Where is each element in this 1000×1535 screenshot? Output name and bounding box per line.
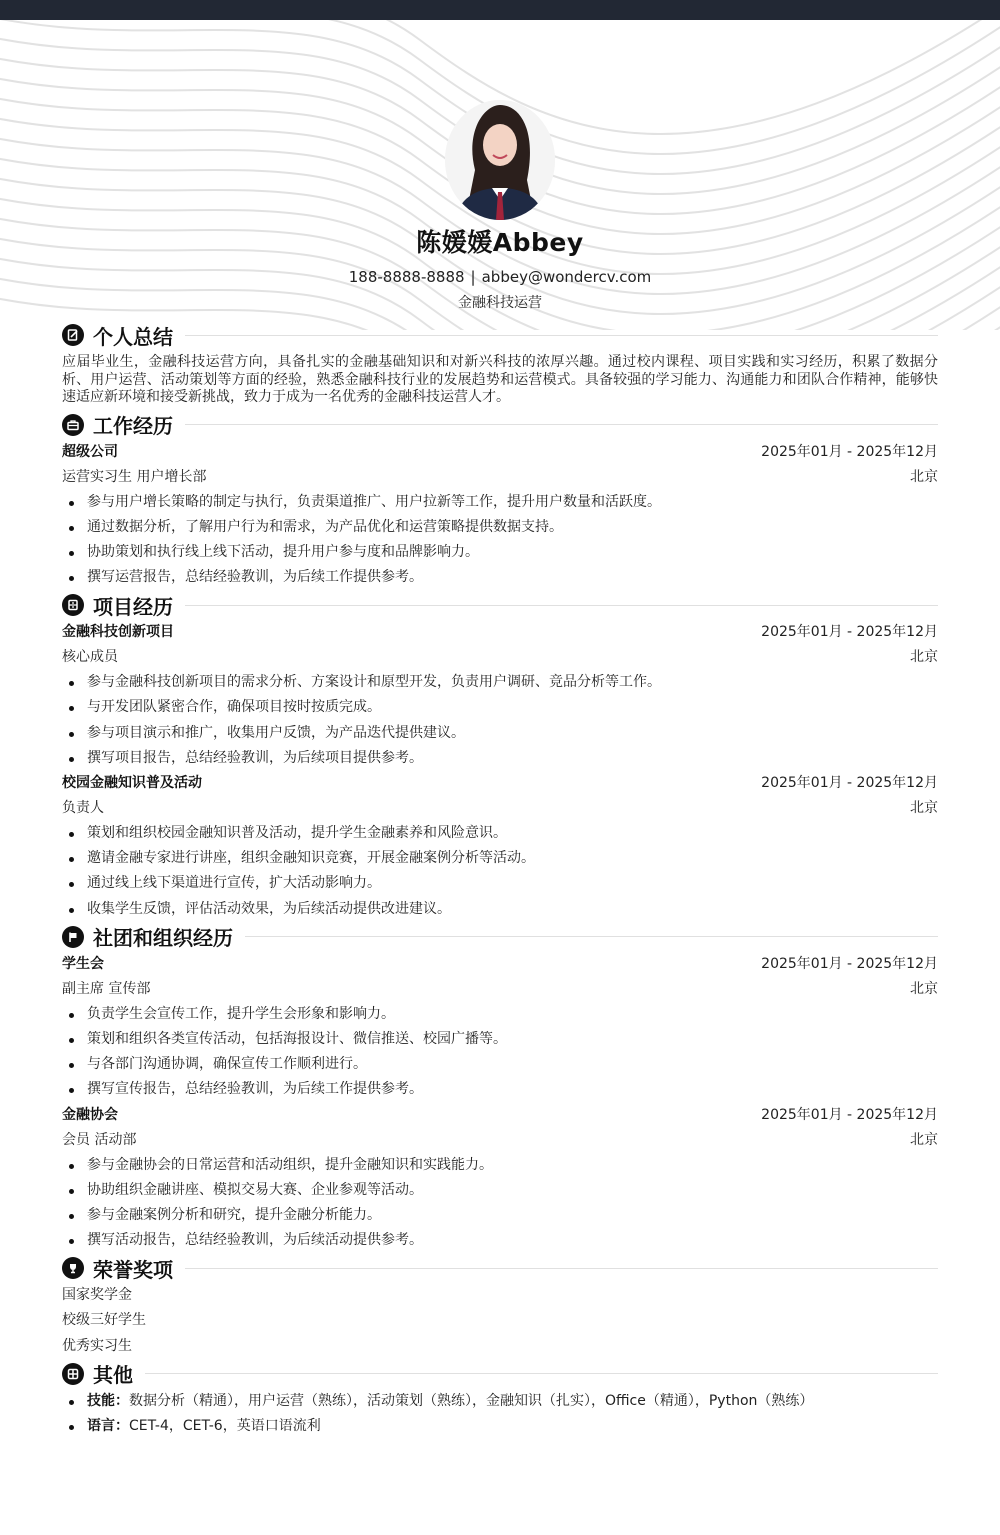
entry-role: 负责人	[62, 796, 104, 821]
section-divider	[145, 1373, 938, 1374]
languages-value: CET-4，CET-6，英语口语流利	[129, 1418, 321, 1434]
entry-role: 核心成员	[62, 645, 118, 670]
entry-location: 北京	[910, 977, 938, 1002]
entry-role: 会员 活动部	[62, 1128, 136, 1153]
honor-item: 优秀实习生	[62, 1334, 938, 1359]
section-title: 项目经历	[93, 591, 173, 620]
entry-date: 2025年01月 - 2025年12月	[761, 620, 938, 645]
languages-label: 语言：	[87, 1418, 129, 1434]
list-item: 通过线上线下渠道进行宣传，扩大活动影响力。	[62, 871, 938, 896]
section-title: 荣誉奖项	[93, 1254, 173, 1283]
flag-icon	[62, 926, 84, 948]
entry-role: 副主席 宣传部	[62, 977, 150, 1002]
entry-organization: 学生会	[62, 952, 104, 977]
skills-value: 数据分析（精通），用户运营（熟练），活动策划（熟练），金融知识（扎实），Offi…	[129, 1393, 813, 1409]
grid-icon	[62, 1363, 84, 1385]
note-edit-icon	[62, 324, 84, 346]
section-title: 工作经历	[93, 410, 173, 439]
summary-text: 应届毕业生，金融科技运营方向，具备扎实的金融基础知识和对新兴科技的浓厚兴趣。通过…	[62, 354, 938, 407]
project-entry: 校园金融知识普及活动 2025年01月 - 2025年12月 负责人 北京 策划…	[62, 771, 938, 922]
section-title: 社团和组织经历	[93, 922, 233, 951]
list-item: 收集学生反馈，评估活动效果，为后续活动提供改进建议。	[62, 897, 938, 922]
club-entry: 金融协会 2025年01月 - 2025年12月 会员 活动部 北京 参与金融协…	[62, 1103, 938, 1254]
entry-organization: 超级公司	[62, 440, 118, 465]
resume-header: 陈媛媛Abbey 188-8888-8888|abbey@wondercv.co…	[0, 20, 1000, 320]
entry-role: 运营实习生 用户增长部	[62, 465, 206, 490]
trophy-icon	[62, 1257, 84, 1279]
section-divider	[185, 424, 938, 425]
section-header-honors: 荣誉奖项	[62, 1253, 938, 1283]
list-item: 参与金融协会的日常运营和活动组织，提升金融知识和实践能力。	[62, 1153, 938, 1178]
entry-date: 2025年01月 - 2025年12月	[761, 952, 938, 977]
list-item: 通过数据分析，了解用户行为和需求，为产品优化和运营策略提供数据支持。	[62, 515, 938, 540]
list-item: 参与项目演示和推广，收集用户反馈，为产品迭代提供建议。	[62, 721, 938, 746]
list-item: 协助组织金融讲座、模拟交易大赛、企业参观等活动。	[62, 1178, 938, 1203]
section-divider	[245, 936, 938, 937]
honor-item: 校级三好学生	[62, 1308, 938, 1333]
list-item: 参与金融科技创新项目的需求分析、方案设计和原型开发，负责用户调研、竞品分析等工作…	[62, 670, 938, 695]
entry-location: 北京	[910, 1128, 938, 1153]
list-item: 撰写宣传报告，总结经验教训，为后续工作提供参考。	[62, 1077, 938, 1102]
entry-organization: 金融协会	[62, 1103, 118, 1128]
list-item: 参与用户增长策略的制定与执行，负责渠道推广、用户拉新等工作，提升用户数量和活跃度…	[62, 490, 938, 515]
project-entry: 金融科技创新项目 2025年01月 - 2025年12月 核心成员 北京 参与金…	[62, 620, 938, 771]
section-header-work: 工作经历	[62, 410, 938, 440]
skills-label: 技能：	[87, 1393, 129, 1409]
list-item-skills: 技能：数据分析（精通），用户运营（熟练），活动策划（熟练），金融知识（扎实），O…	[62, 1389, 938, 1414]
phone-number: 188-8888-8888	[349, 268, 465, 286]
section-header-summary: 个人总结	[62, 320, 938, 350]
resume-body: 个人总结 应届毕业生，金融科技运营方向，具备扎实的金融基础知识和对新兴科技的浓厚…	[62, 320, 938, 1439]
list-item: 撰写项目报告，总结经验教训，为后续项目提供参考。	[62, 746, 938, 771]
list-item: 与各部门沟通协调，确保宣传工作顺利进行。	[62, 1052, 938, 1077]
entry-date: 2025年01月 - 2025年12月	[761, 771, 938, 796]
project-icon	[62, 594, 84, 616]
list-item: 邀请金融专家进行讲座，组织金融知识竞赛，开展金融案例分析等活动。	[62, 846, 938, 871]
section-title: 其他	[93, 1359, 133, 1388]
section-title: 个人总结	[93, 321, 173, 350]
list-item: 策划和组织各类宣传活动，包括海报设计、微信推送、校园广播等。	[62, 1027, 938, 1052]
entry-location: 北京	[910, 645, 938, 670]
list-item: 协助策划和执行线上线下活动，提升用户参与度和品牌影响力。	[62, 540, 938, 565]
list-item-languages: 语言：CET-4，CET-6，英语口语流利	[62, 1414, 938, 1439]
list-item: 撰写活动报告，总结经验教训，为后续活动提供参考。	[62, 1228, 938, 1253]
section-divider	[185, 605, 938, 606]
section-header-other: 其他	[62, 1359, 938, 1389]
entry-organization: 校园金融知识普及活动	[62, 771, 202, 796]
list-item: 与开发团队紧密合作，确保项目按时按质完成。	[62, 695, 938, 720]
section-divider	[185, 1268, 938, 1269]
entry-location: 北京	[910, 796, 938, 821]
list-item: 负责学生会宣传工作，提升学生会形象和影响力。	[62, 1002, 938, 1027]
list-item: 参与金融案例分析和研究，提升金融分析能力。	[62, 1203, 938, 1228]
briefcase-icon	[62, 414, 84, 436]
list-item: 撰写运营报告，总结经验教训，为后续工作提供参考。	[62, 565, 938, 590]
club-entry: 学生会 2025年01月 - 2025年12月 副主席 宣传部 北京 负责学生会…	[62, 952, 938, 1103]
top-bar	[0, 0, 1000, 20]
section-header-clubs: 社团和组织经历	[62, 922, 938, 952]
entry-date: 2025年01月 - 2025年12月	[761, 440, 938, 465]
candidate-name: 陈媛媛Abbey	[0, 223, 1000, 259]
entry-location: 北京	[910, 465, 938, 490]
work-entry: 超级公司 2025年01月 - 2025年12月 运营实习生 用户增长部 北京 …	[62, 440, 938, 591]
entry-date: 2025年01月 - 2025年12月	[761, 1103, 938, 1128]
avatar	[445, 100, 555, 220]
honor-item: 国家奖学金	[62, 1283, 938, 1308]
entry-organization: 金融科技创新项目	[62, 620, 174, 645]
contact-line: 188-8888-8888|abbey@wondercv.com	[0, 268, 1000, 286]
section-header-projects: 项目经历	[62, 590, 938, 620]
section-divider	[185, 335, 938, 336]
email-address: abbey@wondercv.com	[482, 268, 652, 286]
contact-separator: |	[471, 268, 476, 286]
job-title: 金融科技运营	[0, 292, 1000, 312]
list-item: 策划和组织校园金融知识普及活动，提升学生金融素养和风险意识。	[62, 821, 938, 846]
